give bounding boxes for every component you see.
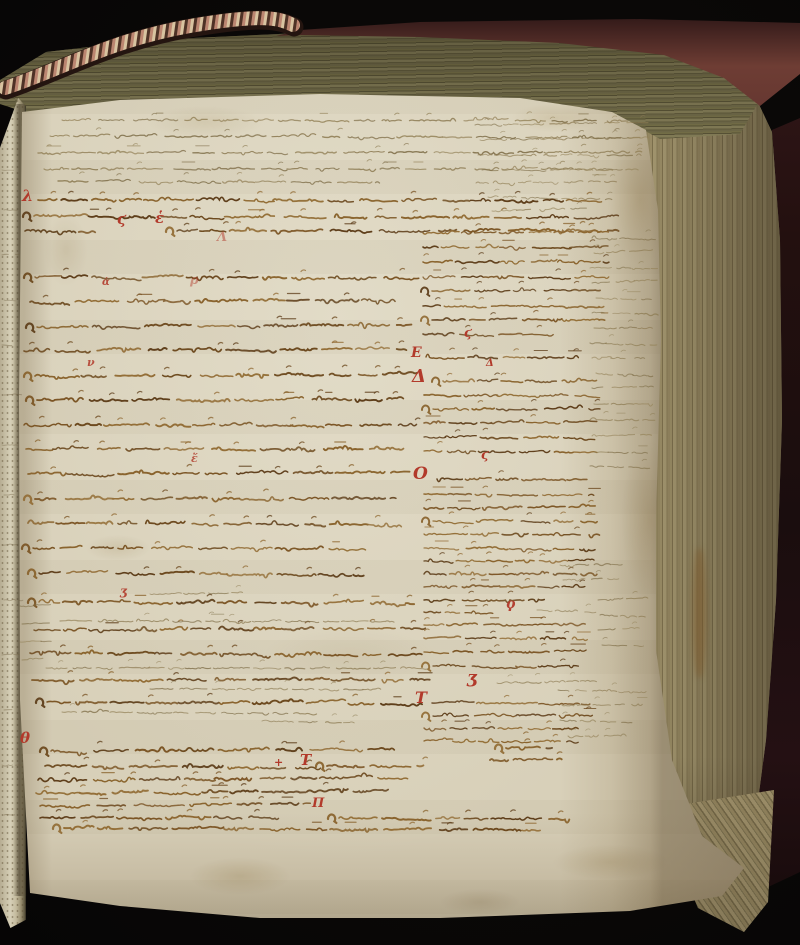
rubric-initial: ϛ bbox=[117, 212, 126, 227]
rubric-initial: ν bbox=[87, 357, 95, 368]
rubric-initial: Δ bbox=[486, 359, 494, 369]
rubric-initial: ά bbox=[102, 278, 110, 288]
rubric-initials-layer: λϛἑΛράνϛΕΔΔἔϛΟϙʒʒΤθ+ΤΠ bbox=[0, 0, 800, 945]
rubric-initial: Λ bbox=[217, 231, 227, 244]
rubric-initial: ϛ bbox=[464, 327, 472, 340]
rubric-initial: ἔ bbox=[191, 453, 198, 464]
rubric-initial: ἑ bbox=[155, 211, 164, 226]
rubric-initial: + bbox=[274, 757, 283, 768]
rubric-initial: ϛ bbox=[481, 449, 489, 462]
rubric-initial: λ bbox=[22, 188, 33, 204]
rubric-initial: Δ bbox=[412, 368, 426, 386]
rubric-initial: ʒ bbox=[120, 585, 127, 597]
rubric-initial: ʒ bbox=[467, 670, 477, 687]
rubric-initial: ϙ bbox=[506, 597, 515, 611]
rubric-initial: Π bbox=[312, 797, 324, 810]
rubric-initial: Ο bbox=[413, 466, 428, 483]
rubric-initial: Τ bbox=[415, 690, 427, 706]
rubric-initial: Ε bbox=[411, 346, 422, 360]
manuscript-photo: λϛἑΛράνϛΕΔΔἔϛΟϙʒʒΤθ+ΤΠ bbox=[0, 0, 800, 945]
rubric-initial: Τ bbox=[300, 753, 311, 768]
rubric-initial: ρ bbox=[190, 274, 199, 287]
rubric-initial: θ bbox=[20, 731, 30, 746]
